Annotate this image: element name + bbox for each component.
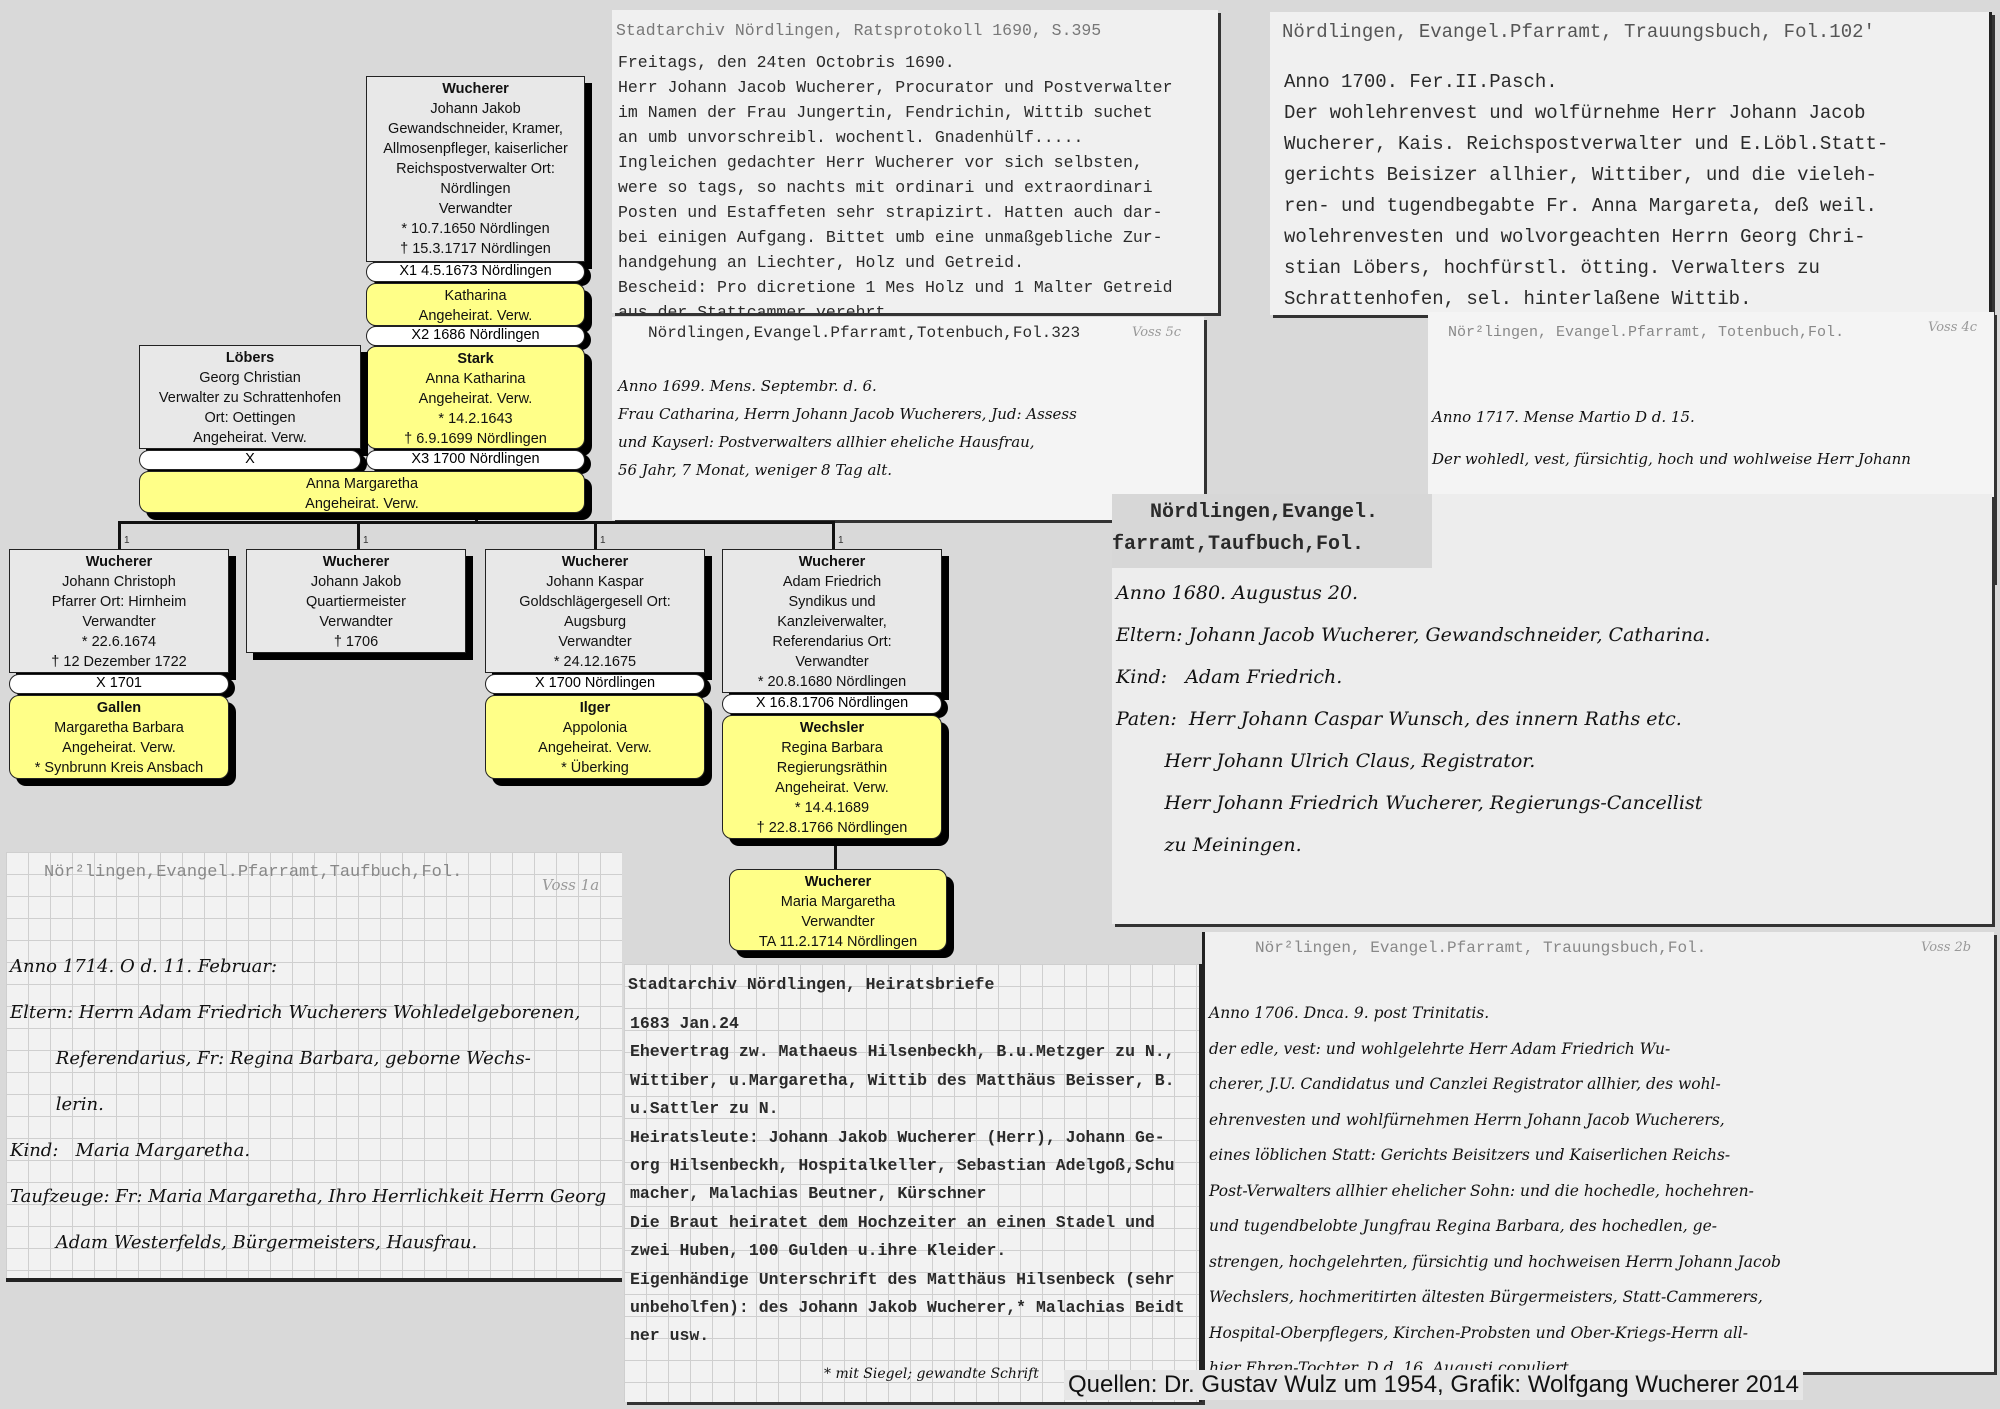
doc-line: org Hilsenbeckh, Hospitalkeller, Sebasti…: [630, 1152, 1185, 1180]
marriage-1: X1 4.5.1673 Nördlingen: [366, 262, 585, 282]
detail-line: * 14.2.1643: [367, 409, 584, 429]
detail-line: Pfarrer Ort: Hirnheim: [10, 592, 228, 612]
doc-line: zu Meiningen.: [1116, 824, 1710, 866]
doc-line: der edle, vest: und wohlgelehrte Herr Ad…: [1209, 1032, 1781, 1068]
surname: Wucherer: [247, 552, 465, 572]
person-details: Johann JakobGewandschneider, Kramer,Allm…: [367, 99, 584, 259]
person-details: Anna MargarethaAngeheirat. Verw.: [140, 474, 584, 513]
doc-line: und tugendbelobte Jungfrau Regina Barbar…: [1209, 1209, 1781, 1245]
doc-header: Stadtarchiv Nördlingen, Ratsprotokoll 16…: [616, 18, 1101, 43]
doc-line: Freitags, den 24ten Octobris 1690.: [618, 50, 1173, 75]
doc-line: Wittiber, u.Margaretha, Wittib des Matth…: [630, 1067, 1185, 1095]
doc-line: Kind: Adam Friedrich.: [1116, 656, 1710, 698]
doc-line: stian Löbers, hochfürstl. ötting. Verwal…: [1284, 253, 1888, 284]
detail-line: Referendarius Ort:: [723, 632, 941, 652]
surname: Ilger: [486, 698, 704, 718]
doc-line: Anno 1699. Mens. Septembr. d. 6.: [618, 372, 1077, 400]
person-details: Regina BarbaraRegierungsräthinAngeheirat…: [723, 738, 941, 838]
person-appolonia-ilger[interactable]: Ilger AppoloniaAngeheirat. Verw.* Überki…: [485, 695, 705, 779]
doc-line: macher, Malachias Beutner, Kürschner: [630, 1180, 1185, 1208]
doc-line: ren- und tugendbegabte Fr. Anna Margaret…: [1284, 191, 1888, 222]
doc-line: unbeholfen): des Johann Jakob Wucherer,*…: [630, 1294, 1185, 1322]
detail-line: Angeheirat. Verw.: [140, 494, 584, 513]
detail-line: Regierungsräthin: [723, 758, 941, 778]
doc-ratsprotokoll-1690: Stadtarchiv Nördlingen, Ratsprotokoll 16…: [612, 10, 1218, 313]
surname: Wucherer: [730, 872, 946, 892]
person-anna-margaretha[interactable]: Anna MargarethaAngeheirat. Verw.: [139, 471, 585, 513]
doc-header: Stadtarchiv Nördlingen, Heiratsbriefe: [628, 972, 994, 997]
doc-line: Wucherer, Kais. Reichspostverwalter und …: [1284, 129, 1888, 160]
doc-line: wolehrenvesten und wolvorgeachten Herrn …: [1284, 222, 1888, 253]
person-details: Johann JakobQuartiermeisterVerwandter† 1…: [247, 572, 465, 652]
doc-line: Post-Verwalters allhier ehelicher Sohn: …: [1209, 1174, 1781, 1210]
marriage-child-1: X 1701: [9, 674, 229, 694]
doc-line: im Namen der Frau Jungertin, Fendrichin,…: [618, 100, 1173, 125]
surname: Wechsler: [723, 718, 941, 738]
connector-line: [594, 521, 597, 549]
doc-line: Der wohledl, vest, fürsichtig, hoch und …: [1432, 438, 1911, 480]
voss-label: Voss 2b: [1921, 940, 1971, 955]
doc-line: Eltern: Johann Jacob Wucherer, Gewandsch…: [1116, 614, 1710, 656]
doc-line: Herr Johann Jacob Wucherer, Procurator u…: [618, 75, 1173, 100]
detail-line: Goldschlägergesell Ort:: [486, 592, 704, 612]
detail-line: Gewandschneider, Kramer,: [367, 119, 584, 139]
detail-line: Verwalter zu Schrattenhofen: [140, 388, 360, 408]
credit-caption: Quellen: Dr. Gustav Wulz um 1954, Grafik…: [1064, 1370, 1803, 1400]
detail-line: Johann Jakob: [367, 99, 584, 119]
person-details: Johann ChristophPfarrer Ort: HirnheimVer…: [10, 572, 228, 672]
doc-line: Hospital-Oberpflegers, Kirchen-Probsten …: [1209, 1316, 1781, 1352]
detail-line: Allmosenpfleger, kaiserlicher: [367, 139, 584, 159]
doc-trauungsbuch-1700: Nördlingen, Evangel.Pfarramt, Trauungsbu…: [1270, 12, 1992, 315]
detail-line: Maria Margaretha: [730, 892, 946, 912]
detail-line: Verwandter: [730, 912, 946, 932]
detail-line: † 22.8.1766 Nördlingen: [723, 818, 941, 838]
connector-line: [357, 521, 360, 549]
surname: Wucherer: [486, 552, 704, 572]
doc-line: u.Sattler zu N.: [630, 1095, 1185, 1123]
doc-line: Eltern: Herrn Adam Friedrich Wucherers W…: [10, 990, 606, 1036]
doc-line: und Kayserl: Postverwalters allhier ehel…: [618, 428, 1077, 456]
doc-line: cherer, J.U. Candidatus und Canzlei Regi…: [1209, 1067, 1781, 1103]
detail-line: Ort: Oettingen: [140, 408, 360, 428]
doc-body: Freitags, den 24ten Octobris 1690.Herr J…: [618, 50, 1173, 313]
doc-line: aus der Stattcammer verehrt.: [618, 300, 1173, 313]
doc-line: Eigenhändige Unterschrift des Matthäus H…: [630, 1266, 1185, 1294]
doc-line: Anno 1700. Fer.II.Pasch.: [1284, 67, 1888, 98]
doc-line: ehrenvesten und wohlfürnehmen Herrn Joha…: [1209, 1103, 1781, 1139]
surname: Wucherer: [723, 552, 941, 572]
doc-header: Nör²lingen, Evangel.Pfarramt, Trauungsbu…: [1255, 936, 1706, 961]
person-johann-jakob-wucherer-jr[interactable]: Wucherer Johann JakobQuartiermeisterVerw…: [246, 549, 466, 653]
marriage-3: X3 1700 Nördlingen: [366, 450, 585, 470]
person-adam-friedrich-wucherer[interactable]: Wucherer Adam FriedrichSyndikus undKanzl…: [722, 549, 942, 693]
detail-line: * 10.7.1650 Nördlingen: [367, 219, 584, 239]
doc-header: Nördlingen,Evangel.: [1150, 500, 1378, 525]
person-details: KatharinaAngeheirat. Verw.: [367, 286, 584, 326]
doc-taufbuch-1714: Nör²lingen,Evangel.Pfarramt,Taufbuch,Fol…: [6, 852, 622, 1278]
doc-line: hier Ehren-Tochter. D d. 16. Augusti cop…: [1209, 1351, 1781, 1372]
detail-line: Quartiermeister: [247, 592, 465, 612]
person-anna-katharina-stark[interactable]: Stark Anna KatharinaAngeheirat. Verw.* 1…: [366, 346, 585, 449]
detail-line: † 1706: [247, 632, 465, 652]
connector-line: [832, 521, 835, 549]
voss-label: Voss 4c: [1928, 320, 1977, 335]
doc-line: Wechslers, hochmeritirten ältesten Bürge…: [1209, 1280, 1781, 1316]
doc-line: bei einigen Aufgang. Bittet umb eine unm…: [618, 225, 1173, 250]
voss-label: Voss 5c: [1132, 325, 1181, 340]
marriage-child-3: X 1700 Nördlingen: [485, 674, 705, 694]
detail-line: * Synbrunn Kreis Ansbach: [10, 758, 228, 778]
detail-line: Verwandter: [486, 632, 704, 652]
doc-line: Kind: Maria Margaretha.: [10, 1128, 606, 1174]
doc-header: Nör²lingen,Evangel.Pfarramt,Taufbuch,Fol…: [44, 860, 462, 885]
surname: Löbers: [140, 348, 360, 368]
person-details: Johann KasparGoldschlägergesell Ort:Augs…: [486, 572, 704, 672]
detail-line: Johann Jakob: [247, 572, 465, 592]
doc-line: Anno 1680. Augustus 20.: [1116, 572, 1710, 614]
doc-line: gerichts Beisizer allhier, Wittiber, und…: [1284, 160, 1888, 191]
person-details: Georg ChristianVerwalter zu Schrattenhof…: [140, 368, 360, 448]
doc-trauungsbuch-1706: Nör²lingen, Evangel.Pfarramt, Trauungsbu…: [1202, 932, 1994, 1372]
doc-line: Posten und Estaffeten sehr strapizirt. H…: [618, 200, 1173, 225]
doc-line: Ehevertrag zw. Mathaeus Hilsenbeckh, B.u…: [630, 1038, 1185, 1066]
detail-line: † 15.3.1717 Nördlingen: [367, 239, 584, 259]
doc-body: Anno 1699. Mens. Septembr. d. 6.Frau Cat…: [618, 372, 1077, 484]
doc-heiratsbriefe-1683: Stadtarchiv Nördlingen, Heiratsbriefe 16…: [624, 964, 1202, 1402]
detail-line: Katharina: [367, 286, 584, 306]
person-details: Adam FriedrichSyndikus undKanzleiverwalt…: [723, 572, 941, 692]
doc-line: Anno 1714. O d. 11. Februar:: [10, 944, 606, 990]
detail-line: Johann Kaspar: [486, 572, 704, 592]
doc-line: Adam Westerfelds, Bürgermeisters, Hausfr…: [10, 1220, 606, 1266]
detail-line: * Überking: [486, 758, 704, 778]
detail-line: Verwandter: [10, 612, 228, 632]
doc-header: Nör²lingen, Evangel.Pfarramt, Totenbuch,…: [1448, 320, 1844, 345]
detail-line: Verwandter: [367, 199, 584, 219]
child-number: 1: [600, 535, 606, 546]
detail-line: Appolonia: [486, 718, 704, 738]
surname: Wucherer: [367, 79, 584, 99]
person-regina-barbara-wechsler[interactable]: Wechsler Regina BarbaraRegierungsräthinA…: [722, 715, 942, 839]
person-johann-christoph-wucherer[interactable]: Wucherer Johann ChristophPfarrer Ort: Hi…: [9, 549, 229, 673]
doc-line: Ingleichen gedachter Herr Wucherer vor s…: [618, 150, 1173, 175]
doc-line: 56 Jahr, 7 Monat, weniger 8 Tag alt.: [618, 456, 1077, 484]
detail-line: Georg Christian: [140, 368, 360, 388]
detail-line: Regina Barbara: [723, 738, 941, 758]
detail-line: Nördlingen: [367, 179, 584, 199]
doc-body: Anno 1714. O d. 11. Februar:Eltern: Herr…: [10, 944, 606, 1266]
doc-line: Die Braut heiratet dem Hochzeiter an ein…: [630, 1209, 1185, 1237]
doc-taufbuch-1680: Nördlingen,Evangel. Pfarramt,Taufbuch,Fo…: [1112, 494, 1992, 924]
doc-line: an umb unvorschreibl. wochentl. Gnadenhü…: [618, 125, 1173, 150]
doc-line: eines löblichen Statt: Gerichts Beisitze…: [1209, 1138, 1781, 1174]
marriage-x: X: [139, 450, 361, 470]
surname: Gallen: [10, 698, 228, 718]
doc-line: ner usw.: [630, 1322, 1185, 1350]
detail-line: Johann Christoph: [10, 572, 228, 592]
doc-footnote: * mit Siegel; gewandte Schrift: [824, 1364, 1039, 1384]
detail-line: Angeheirat. Verw.: [486, 738, 704, 758]
doc-line: Herr Johann Friedrich Wucherer, Regierun…: [1116, 782, 1710, 824]
child-number: 1: [124, 535, 130, 546]
detail-line: Adam Friedrich: [723, 572, 941, 592]
detail-line: Kanzleiverwalter,: [723, 612, 941, 632]
doc-line: handgehung an Liechter, Holz und Getreid…: [618, 250, 1173, 275]
doc-body: Anno 1680. Augustus 20.Eltern: Johann Ja…: [1116, 572, 1710, 866]
marriage-2: X2 1686 Nördlingen: [366, 326, 585, 346]
person-margaretha-barbara-gallen[interactable]: Gallen Margaretha BarbaraAngeheirat. Ver…: [9, 695, 229, 779]
doc-line: Taufzeuge: Fr: Maria Margaretha, Ihro He…: [10, 1174, 606, 1220]
person-details: Anna KatharinaAngeheirat. Verw.* 14.2.16…: [367, 369, 584, 449]
detail-line: * 22.6.1674: [10, 632, 228, 652]
detail-line: Angeheirat. Verw.: [140, 428, 360, 448]
detail-line: † 6.9.1699 Nördlingen: [367, 429, 584, 449]
doc-body: Anno 1706. Dnca. 9. post Trinitatis.der …: [1209, 996, 1781, 1372]
doc-line: Bescheid: Pro dicretione 1 Mes Holz und …: [618, 275, 1173, 300]
person-maria-margaretha-wucherer[interactable]: Wucherer Maria MargarethaVerwandterTA 11…: [729, 869, 947, 951]
detail-line: * 20.8.1680 Nördlingen: [723, 672, 941, 692]
detail-line: TA 11.2.1714 Nördlingen: [730, 932, 946, 951]
detail-line: * 24.12.1675: [486, 652, 704, 672]
doc-header: Nördlingen, Evangel.Pfarramt, Trauungsbu…: [1282, 20, 1875, 45]
person-johann-jakob-wucherer[interactable]: Wucherer Johann JakobGewandschneider, Kr…: [366, 76, 585, 262]
detail-line: Verwandter: [247, 612, 465, 632]
surname: Stark: [367, 349, 584, 369]
doc-line: Paten: Herr Johann Caspar Wunsch, des in…: [1116, 698, 1710, 740]
doc-header: Pfarramt,Taufbuch,Fol.: [1112, 532, 1364, 557]
person-johann-kaspar-wucherer[interactable]: Wucherer Johann KasparGoldschlägergesell…: [485, 549, 705, 673]
doc-line: Heiratsleute: Johann Jakob Wucherer (Her…: [630, 1124, 1185, 1152]
person-details: Maria MargarethaVerwandterTA 11.2.1714 N…: [730, 892, 946, 951]
doc-totenbuch-1699: Nördlingen,Evangel.Pfarramt,Totenbuch,Fo…: [612, 317, 1204, 520]
person-details: AppoloniaAngeheirat. Verw.* Überking: [486, 718, 704, 778]
marriage-child-4: X 16.8.1706 Nördlingen: [722, 694, 942, 714]
detail-line: * 14.4.1689: [723, 798, 941, 818]
doc-line: Der wohlehrenvest und wolfürnehme Herr J…: [1284, 98, 1888, 129]
detail-line: Anna Margaretha: [140, 474, 584, 494]
child-number: 1: [363, 535, 369, 546]
detail-line: † 12 Dezember 1722: [10, 652, 228, 672]
doc-line: strengen, hochgelehrten, fürsichtig und …: [1209, 1245, 1781, 1281]
detail-line: Reichspostverwalter Ort:: [367, 159, 584, 179]
detail-line: Augsburg: [486, 612, 704, 632]
doc-line: Anno 1706. Dnca. 9. post Trinitatis.: [1209, 996, 1781, 1032]
doc-line: lerin.: [10, 1082, 606, 1128]
detail-line: Angeheirat. Verw.: [367, 389, 584, 409]
doc-body: Anno 1700. Fer.II.Pasch.Der wohlehrenves…: [1284, 67, 1888, 315]
connector-line: [834, 838, 837, 870]
doc-line: Referendarius, Fr: Regina Barbara, gebor…: [10, 1036, 606, 1082]
doc-line: Herr Johann Ulrich Claus, Registrator.: [1116, 740, 1710, 782]
person-katharina[interactable]: KatharinaAngeheirat. Verw.: [366, 283, 585, 326]
detail-line: Angeheirat. Verw.: [723, 778, 941, 798]
detail-line: Angeheirat. Verw.: [367, 306, 584, 326]
doc-header: Nördlingen,Evangel.Pfarramt,Totenbuch,Fo…: [648, 321, 1080, 346]
child-number: 1: [838, 535, 844, 546]
person-details: Margaretha BarbaraAngeheirat. Verw.* Syn…: [10, 718, 228, 778]
doc-line: Anno 1717. Mense Martio D d. 15.: [1432, 396, 1911, 438]
person-georg-christian-loebers[interactable]: Löbers Georg ChristianVerwalter zu Schra…: [139, 345, 361, 449]
doc-body: 1683 Jan.24Ehevertrag zw. Mathaeus Hilse…: [630, 1010, 1185, 1351]
detail-line: Margaretha Barbara: [10, 718, 228, 738]
detail-line: Angeheirat. Verw.: [10, 738, 228, 758]
doc-line: were so tags, so nachts mit ordinari und…: [618, 175, 1173, 200]
detail-line: Syndikus und: [723, 592, 941, 612]
connector-line: [118, 521, 121, 549]
voss-label: Voss 1a: [542, 876, 599, 894]
detail-line: Verwandter: [723, 652, 941, 672]
detail-line: Anna Katharina: [367, 369, 584, 389]
surname: Wucherer: [10, 552, 228, 572]
doc-line: Schrattenhofen, sel. hinterlaßene Wittib…: [1284, 284, 1888, 315]
doc-line: zwei Huben, 100 Gulden u.ihre Kleider.: [630, 1237, 1185, 1265]
doc-line: 1683 Jan.24: [630, 1010, 1185, 1038]
doc-line: Frau Catharina, Herrn Johann Jacob Wuche…: [618, 400, 1077, 428]
